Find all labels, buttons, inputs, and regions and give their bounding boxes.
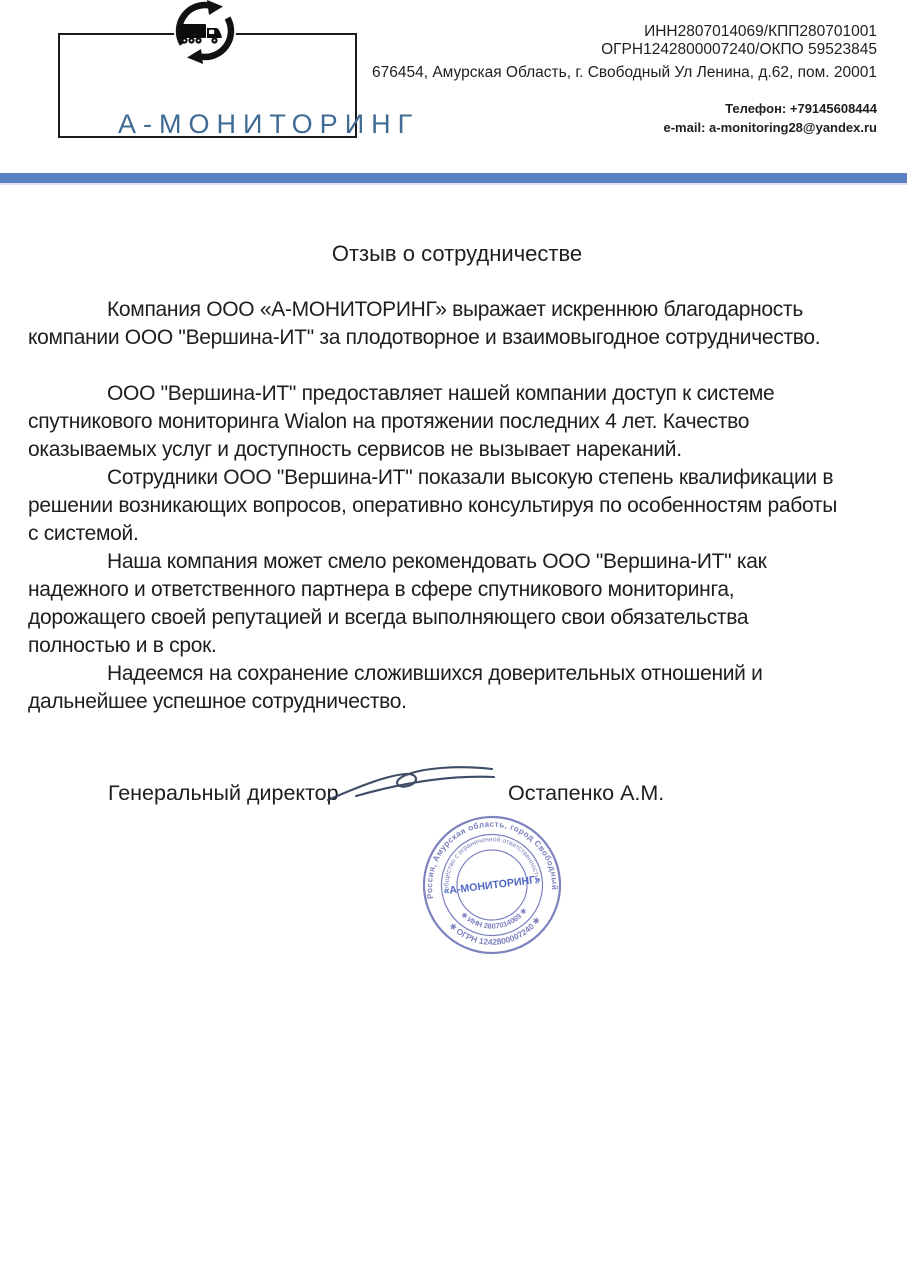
signer-name: Остапенко А.М. [508,781,664,806]
contact-block: ИНН2807014069/КПП280701001 ОГРН124280000… [317,23,877,137]
paragraph-4: Наша компания может смело рекомендовать … [28,548,914,660]
paragraph-2: ООО "Вершина-ИТ" предоставляет нашей ком… [28,380,914,464]
divider-bar [0,173,907,183]
paragraph-5: Надеемся на сохранение сложившихся довер… [28,660,914,716]
company-address: 676454, Амурская Область, г. Свободный У… [317,64,877,82]
letter-page: А-МОНИТОРИНГ [0,0,914,1280]
stamp-inner-bottom-text: ✱ ИНН 2807014069 ✱ [459,906,530,933]
signer-position: Генеральный директор [108,781,339,806]
company-round-stamp: Россия, Амурская область, город Свободны… [417,810,567,960]
company-ogrn-okpo: ОГРН1242800007240/ОКПО 59523845 [317,41,877,59]
company-email: e-mail: a-monitoring28@yandex.ru [317,118,877,137]
letter-title: Отзыв о сотрудничестве [0,241,914,267]
svg-text:✱ ИНН 2807014069 ✱: ✱ ИНН 2807014069 ✱ [459,906,530,933]
handwritten-signature [322,758,500,808]
paragraph-3: Сотрудники ООО "Вершина-ИТ" показали выс… [28,464,914,548]
company-inn-kpp: ИНН2807014069/КПП280701001 [317,23,877,41]
company-phone: Телефон: +79145608444 [317,99,877,118]
truck-circular-arrows-icon [166,0,244,65]
paragraph-1: Компания ООО «А-МОНИТОРИНГ» выражает иск… [28,296,914,352]
letter-paragraphs: Компания ООО «А-МОНИТОРИНГ» выражает иск… [28,296,914,716]
